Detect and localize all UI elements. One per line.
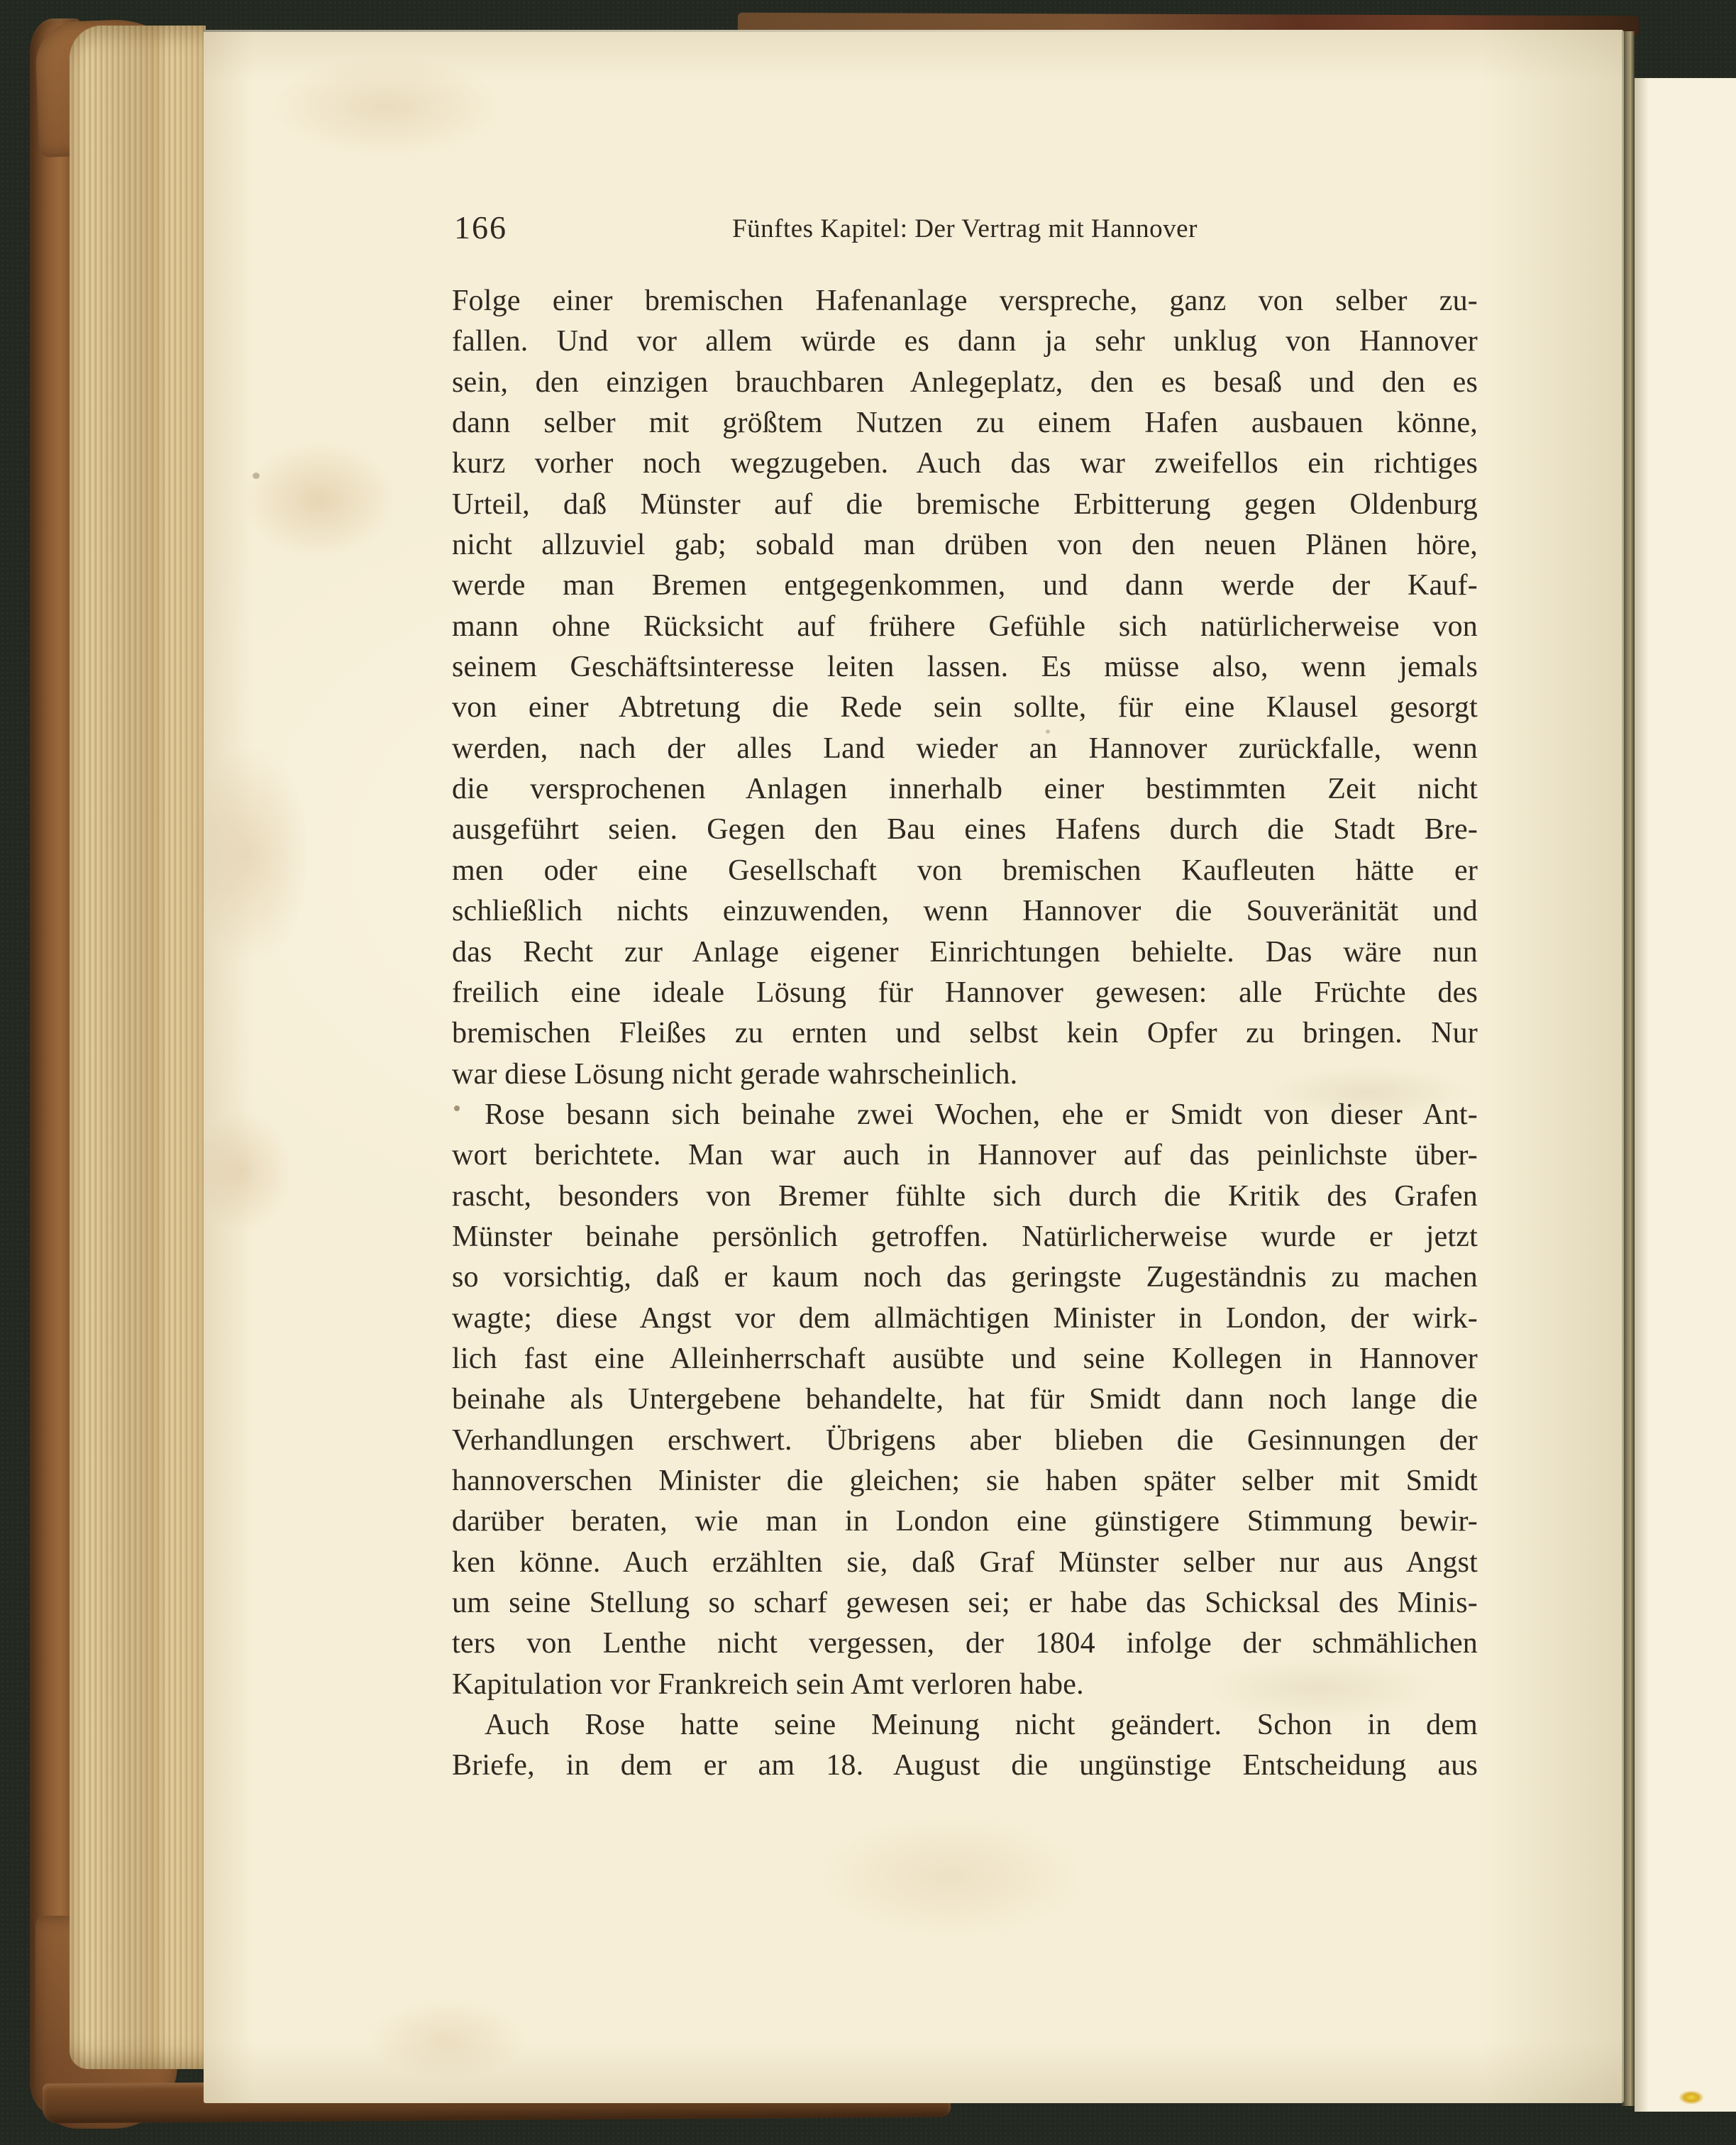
text-line: Briefe, in dem er am 18. August die ungü… — [452, 1746, 1478, 1786]
ink-speck — [253, 473, 260, 479]
text-line: nicht allzuviel gab; sobald man drüben v… — [452, 525, 1478, 566]
text-line: um seine Stellung so scharf gewesen sei;… — [452, 1583, 1478, 1623]
text-line: schließlich nichts einzuwenden, wenn Han… — [452, 891, 1478, 932]
running-header: Fünftes Kapitel: Der Vertrag mit Hannove… — [452, 214, 1478, 244]
text-line: hannoverschen Minister die gleichen; sie… — [452, 1461, 1478, 1501]
gutter-shadow — [1622, 31, 1635, 2106]
text-line: ausgeführt seien. Gegen den Bau eines Ha… — [452, 810, 1478, 850]
text-line: Rose besann sich beinahe zwei Wochen, eh… — [452, 1095, 1478, 1135]
text-line: ters von Lenthe nicht vergessen, der 180… — [452, 1623, 1478, 1664]
gilt-edge-glint — [1679, 2090, 1704, 2105]
text-line: beinahe als Untergebene behandelte, hat … — [452, 1379, 1478, 1420]
text-line: seinem Geschäftsinteresse leiten lassen.… — [452, 647, 1478, 688]
page-edge-stack — [70, 26, 206, 2069]
text-line: von einer Abtretung die Rede sein sollte… — [452, 688, 1478, 728]
text-line: freilich eine ideale Lösung für Hannover… — [452, 973, 1478, 1013]
text-line: ken könne. Auch erzählten sie, daß Graf … — [452, 1543, 1478, 1583]
text-line: werde man Bremen entgegenkommen, und dan… — [452, 566, 1478, 606]
text-line: mann ohne Rücksicht auf frühere Gefühle … — [452, 607, 1478, 647]
text-line: men oder eine Gesellschaft von bremische… — [452, 851, 1478, 891]
text-line: fallen. Und vor allem würde es dann ja s… — [452, 321, 1478, 362]
text-line: kurz vorher noch wegzugeben. Auch das wa… — [452, 443, 1478, 484]
text-line: rascht, besonders von Bremer fühlte sich… — [452, 1176, 1478, 1217]
text-line: das Recht zur Anlage eigener Einrichtung… — [452, 932, 1478, 973]
text-line: die versprochenen Anlagen innerhalb eine… — [452, 769, 1478, 810]
text-line: sein, den einzigen brauchbaren Anlegepla… — [452, 363, 1478, 403]
text-line: wort berichtete. Man war auch in Hannove… — [452, 1135, 1478, 1176]
text-line: bremischen Fleißes zu ernten und selbst … — [452, 1013, 1478, 1054]
text-line: Folge einer bremischen Hafenanlage versp… — [452, 281, 1478, 321]
text-line: war diese Lösung nicht gerade wahrschein… — [452, 1054, 1478, 1095]
text-line: wagte; diese Angst vor dem allmächtigen … — [452, 1298, 1478, 1339]
text-line: Urteil, daß Münster auf die bremische Er… — [452, 485, 1478, 525]
text-line: Kapitulation vor Frankreich sein Amt ver… — [452, 1665, 1478, 1705]
text-line: dann selber mit größtem Nutzen zu einem … — [452, 403, 1478, 443]
body-text: Folge einer bremischen Hafenanlage versp… — [452, 281, 1478, 1787]
text-line: Münster beinahe persönlich getroffen. Na… — [452, 1217, 1478, 1257]
page-top-edge-shadow — [204, 30, 1197, 32]
text-line: Verhandlungen erschwert. Übrigens aber b… — [452, 1421, 1478, 1461]
text-line: so vorsichtig, daß er kaum noch das geri… — [452, 1257, 1478, 1298]
text-line: Auch Rose hatte seine Meinung nicht geän… — [452, 1705, 1478, 1746]
book-photograph: { "colors": { "background": "#232820", "… — [0, 0, 1736, 2145]
text-line: lich fast eine Alleinherrschaft ausübte … — [452, 1339, 1478, 1379]
facing-page-sliver — [1635, 78, 1736, 2112]
text-line: darüber beraten, wie man in London eine … — [452, 1501, 1478, 1542]
text-line: werden, nach der alles Land wieder an Ha… — [452, 729, 1478, 769]
